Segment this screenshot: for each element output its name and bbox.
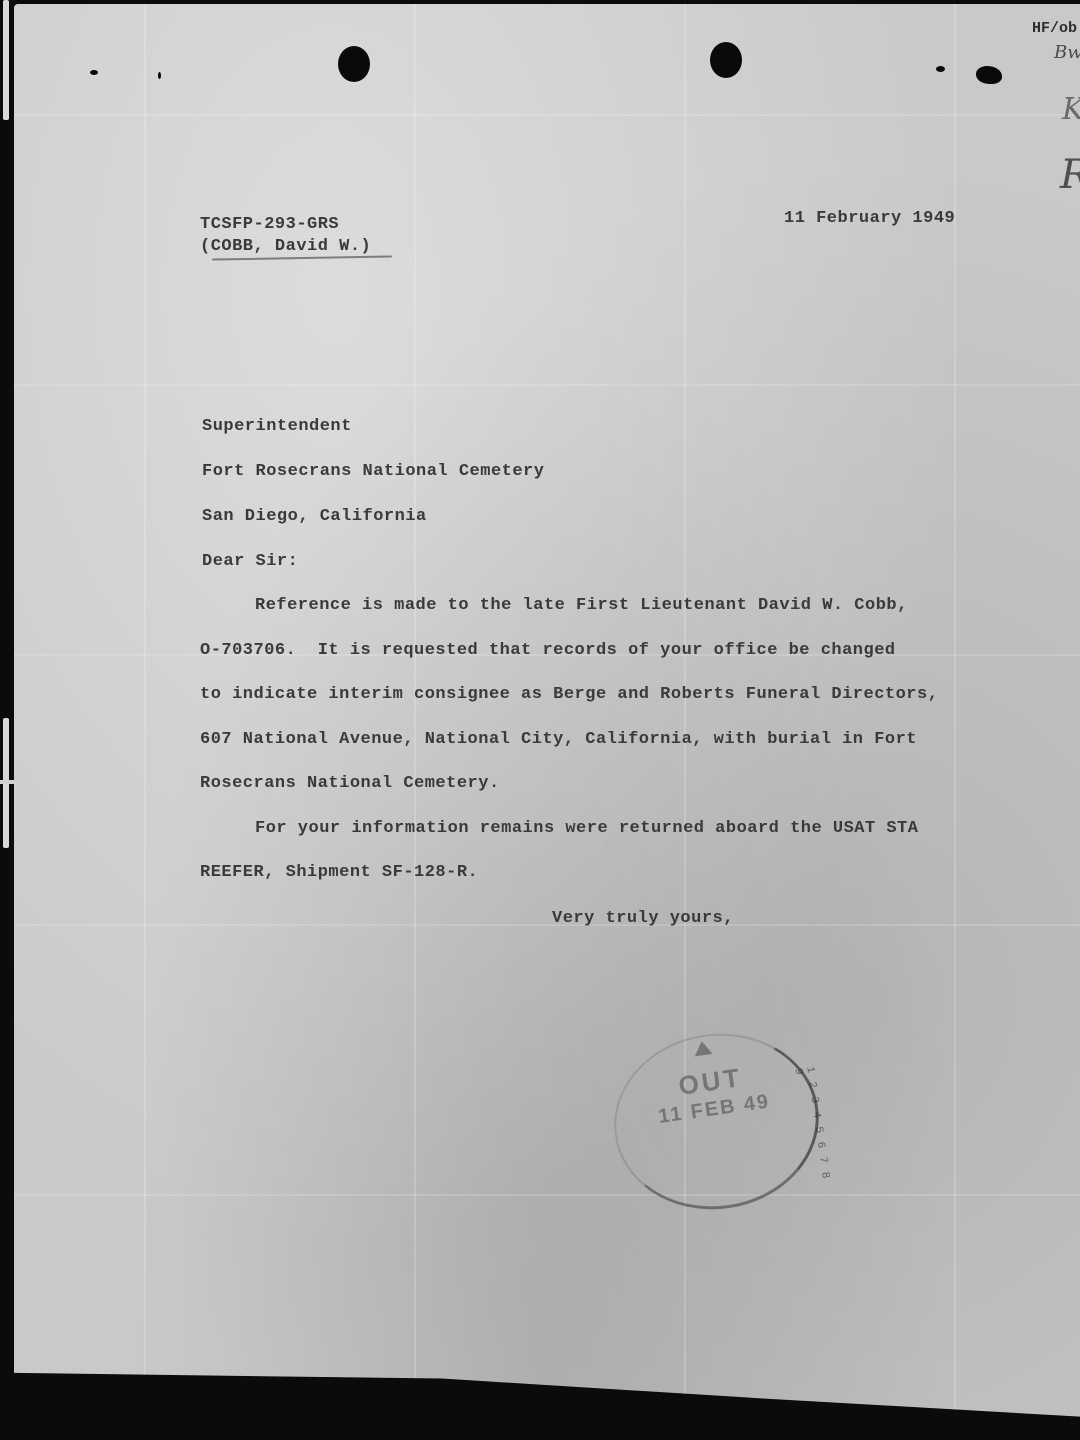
- speck: [936, 66, 945, 72]
- speck: [976, 66, 1002, 84]
- body-line: REEFER, Shipment SF-128-R.: [200, 863, 478, 882]
- subject-name: (COBB, David W.): [200, 237, 371, 256]
- letter-date: 11 February 1949: [784, 209, 955, 228]
- body-line: Rosecrans National Cemetery.: [200, 774, 500, 793]
- speck: [90, 70, 98, 75]
- punch-hole-left: [338, 46, 370, 82]
- body-line: For your information remains were return…: [255, 819, 919, 838]
- letter-page: TCSFP-293-GRS (COBB, David W.) 11 Februa…: [14, 4, 1080, 1424]
- scan-edge-mark: [954, 1412, 957, 1424]
- scan-edge-strip: [3, 0, 9, 120]
- file-reference-code: TCSFP-293-GRS: [200, 215, 339, 234]
- scanned-document: TCSFP-293-GRS (COBB, David W.) 11 Februa…: [0, 0, 1080, 1440]
- recipient-organization: Fort Rosecrans National Cemetery: [202, 462, 544, 481]
- salutation: Dear Sir:: [202, 552, 298, 571]
- body-line: O-703706. It is requested that records o…: [200, 641, 896, 660]
- closing: Very truly yours,: [552, 909, 734, 928]
- body-line: to indicate interim consignee as Berge a…: [200, 685, 938, 704]
- out-date-stamp: OUT 11 FEB 49 1 2 3 4 5 6 7 8 9: [603, 1021, 830, 1223]
- handwritten-initial: R: [1060, 152, 1080, 198]
- punch-hole-right: [710, 42, 742, 78]
- handwritten-initial: Kw: [1062, 92, 1080, 127]
- scan-edge-mark: [142, 1398, 145, 1424]
- stamp-arrow-icon: [693, 1040, 713, 1056]
- body-line: Reference is made to the late First Lieu…: [255, 596, 908, 615]
- recipient-location: San Diego, California: [202, 507, 427, 526]
- recipient-title: Superintendent: [202, 417, 352, 436]
- speck: [158, 72, 161, 79]
- stamp-ring-text: 1 2 3 4 5 6 7 8 9: [791, 1066, 832, 1194]
- body-line: 607 National Avenue, National City, Cali…: [200, 730, 917, 749]
- office-initials: HF/ob: [1032, 20, 1077, 37]
- handwritten-initial: Bw: [1054, 42, 1080, 63]
- scan-edge-mark: [542, 1398, 545, 1424]
- pencil-underline: [212, 255, 392, 260]
